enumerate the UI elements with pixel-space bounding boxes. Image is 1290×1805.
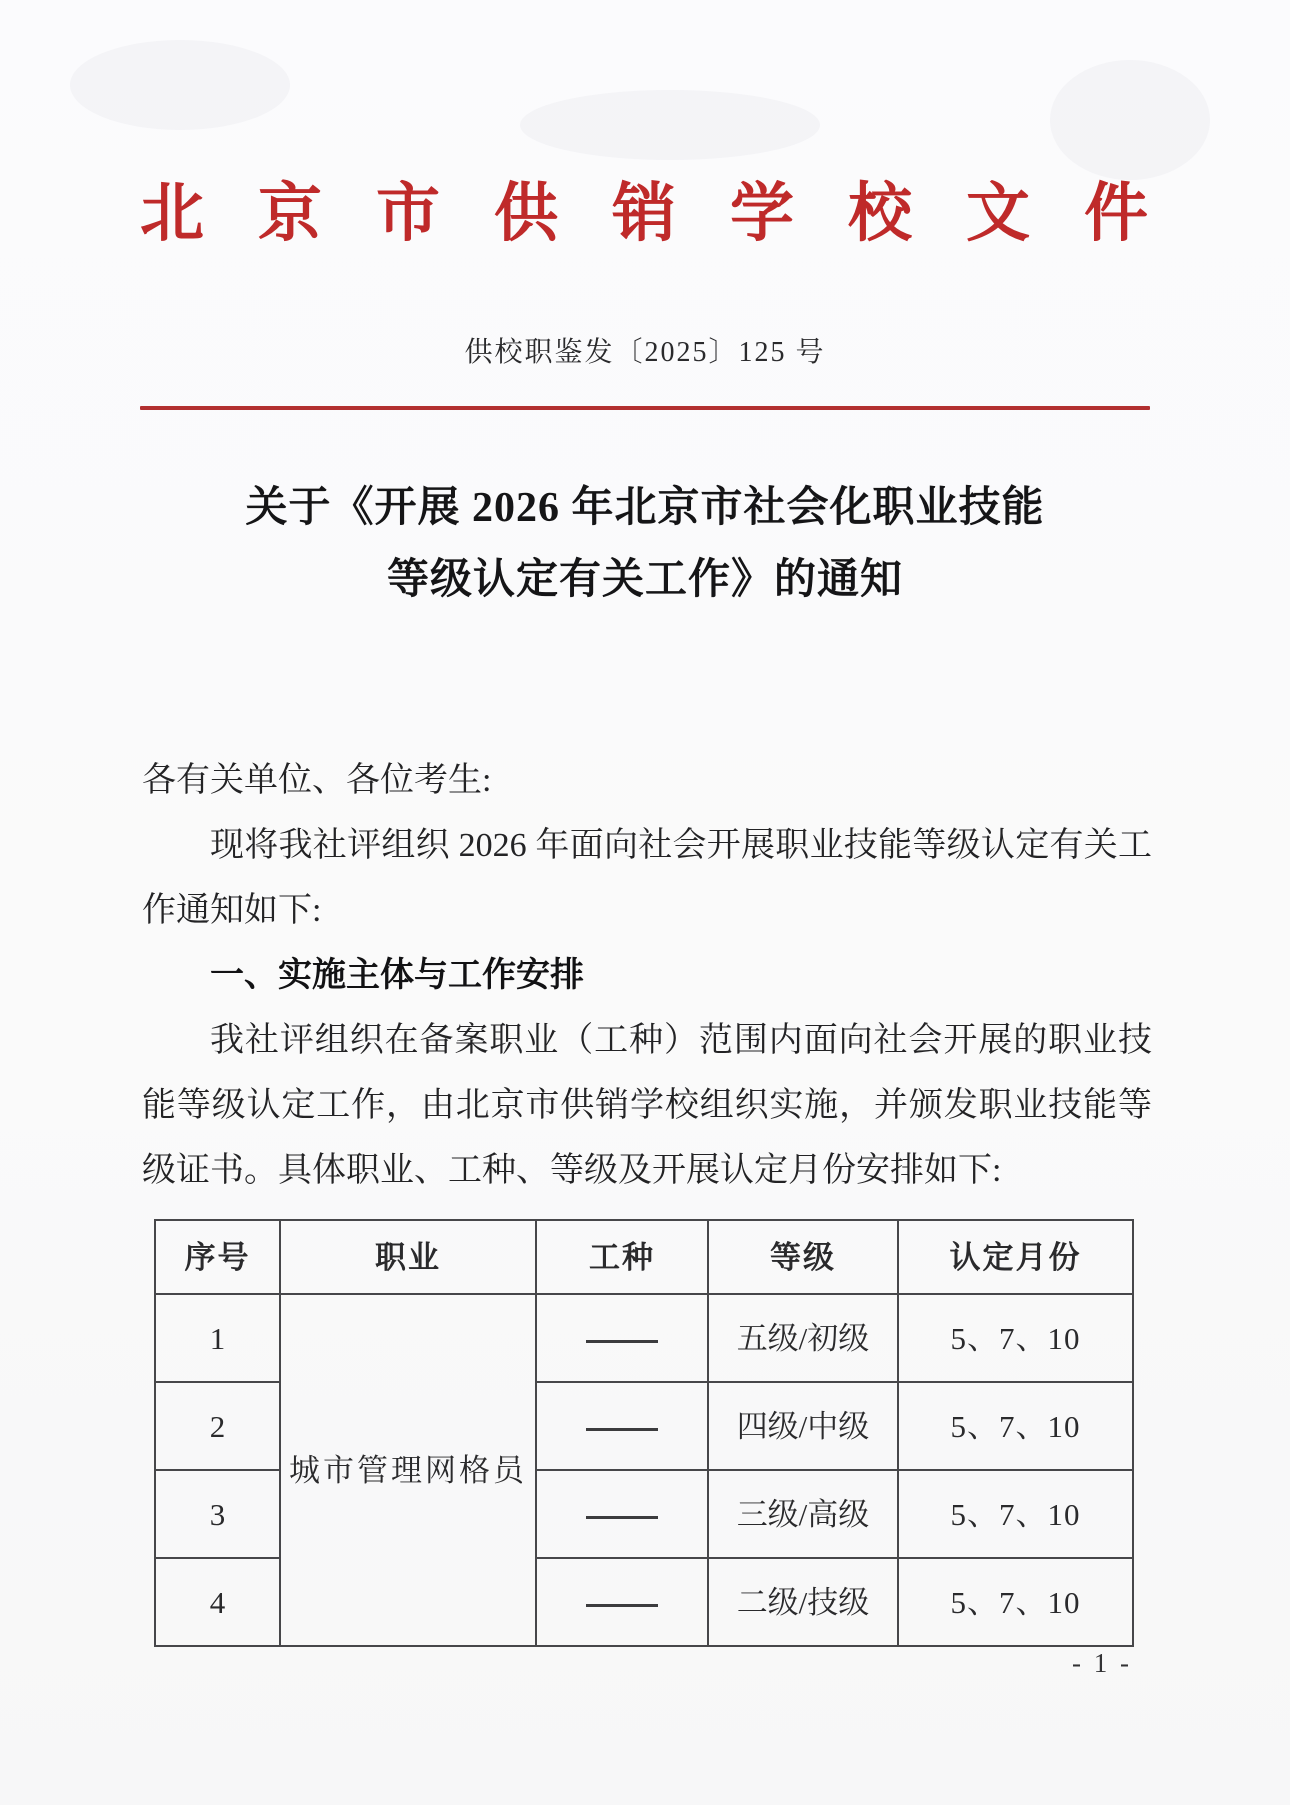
page-number: - 1 - xyxy=(1072,1648,1132,1679)
dash-line xyxy=(586,1604,658,1607)
document-title: 关于《开展 2026 年北京市社会化职业技能 等级认定有关工作》的通知 xyxy=(0,472,1290,616)
red-separator-rule xyxy=(140,406,1150,410)
dash-line xyxy=(586,1516,658,1519)
paragraph-intro: 现将我社评组织 2026 年面向社会开展职业技能等级认定有关工作通知如下: xyxy=(142,813,1152,943)
dash-line xyxy=(586,1428,658,1431)
document-body: 各有关单位、各位考生: 现将我社评组织 2026 年面向社会开展职业技能等级认定… xyxy=(142,748,1152,1647)
cell-index: 1 xyxy=(155,1294,280,1382)
header-cell-worktype: 工种 xyxy=(536,1220,708,1294)
section-heading-1: 一、实施主体与工作安排 xyxy=(142,943,1152,1008)
header-cell-level: 等级 xyxy=(708,1220,898,1294)
salutation: 各有关单位、各位考生: xyxy=(142,748,1152,813)
document-page: 北 京 市 供 销 学 校 文 件 供校职鉴发〔2025〕125 号 关于《开展… xyxy=(0,0,1290,1805)
cell-index: 4 xyxy=(155,1558,280,1646)
cell-worktype-dash xyxy=(536,1470,708,1558)
cell-worktype-dash xyxy=(536,1294,708,1382)
cell-worktype-dash xyxy=(536,1558,708,1646)
dash-line xyxy=(586,1340,658,1343)
cell-months: 5、7、10 xyxy=(898,1294,1133,1382)
cell-level: 二级/技级 xyxy=(708,1558,898,1646)
document-title-line1: 关于《开展 2026 年北京市社会化职业技能 xyxy=(0,472,1290,544)
header-cell-months: 认定月份 xyxy=(898,1220,1133,1294)
cell-months: 5、7、10 xyxy=(898,1470,1133,1558)
schedule-table: 序号 职业 工种 等级 认定月份 1 城市管理网格员 五级/初级 5、7、10 … xyxy=(154,1219,1134,1647)
scan-smudge xyxy=(520,90,820,160)
document-title-line2: 等级认定有关工作》的通知 xyxy=(0,544,1290,616)
cell-months: 5、7、10 xyxy=(898,1558,1133,1646)
table-header-row: 序号 职业 工种 等级 认定月份 xyxy=(155,1220,1133,1294)
cell-level: 四级/中级 xyxy=(708,1382,898,1470)
header-cell-index: 序号 xyxy=(155,1220,280,1294)
cell-worktype-dash xyxy=(536,1382,708,1470)
cell-months: 5、7、10 xyxy=(898,1382,1133,1470)
header-cell-occupation: 职业 xyxy=(280,1220,536,1294)
scan-smudge xyxy=(1050,60,1210,180)
document-number: 供校职鉴发〔2025〕125 号 xyxy=(0,330,1290,370)
cell-level: 三级/高级 xyxy=(708,1470,898,1558)
cell-index: 2 xyxy=(155,1382,280,1470)
table-row: 1 城市管理网格员 五级/初级 5、7、10 xyxy=(155,1294,1133,1382)
cell-index: 3 xyxy=(155,1470,280,1558)
scan-smudge xyxy=(70,40,290,130)
cell-occupation: 城市管理网格员 xyxy=(280,1294,536,1646)
paragraph-implementation: 我社评组织在备案职业（工种）范围内面向社会开展的职业技能等级认定工作，由北京市供… xyxy=(142,1008,1152,1203)
cell-level: 五级/初级 xyxy=(708,1294,898,1382)
